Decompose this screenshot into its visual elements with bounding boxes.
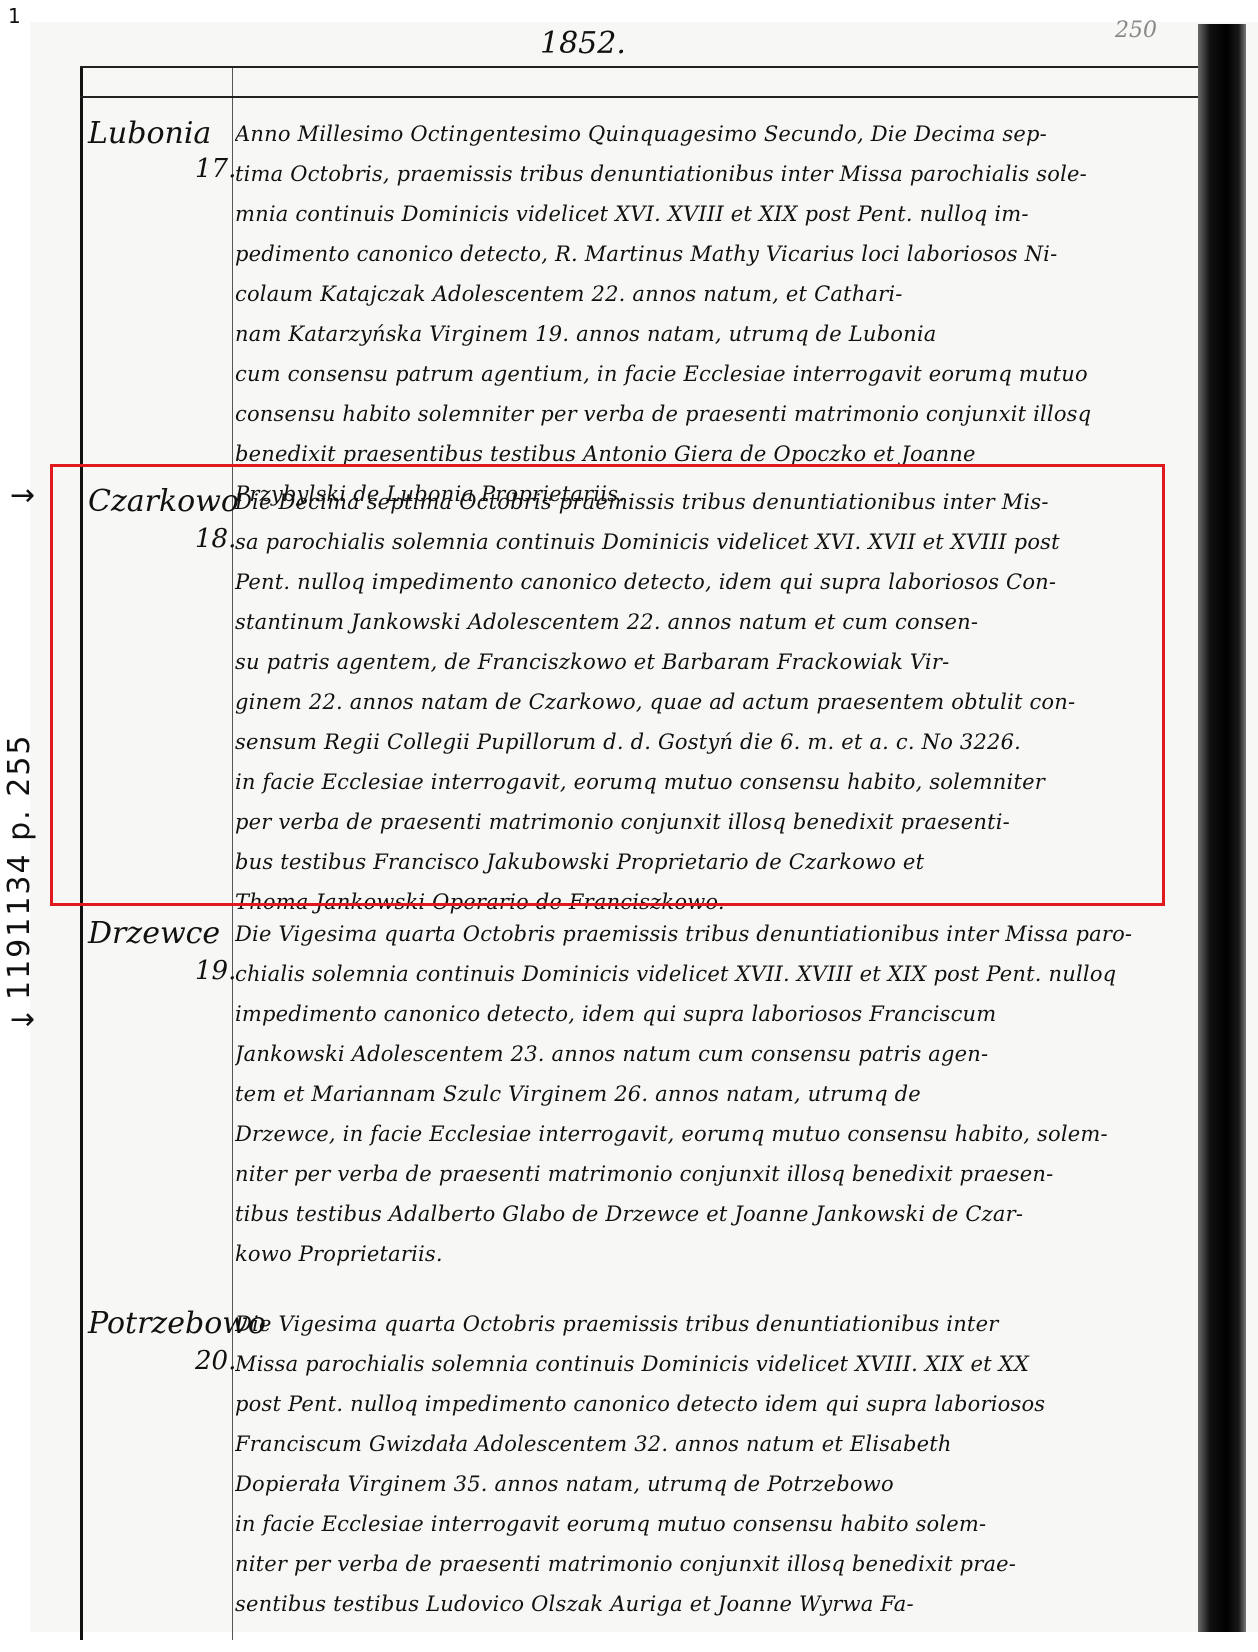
entry-line: Drzewce, in facie Ecclesiae interrogavit… [235,1114,1185,1154]
entry-line: Die Vigesima quarta Octobris praemissis … [235,914,1185,954]
entry-line: tibus testibus Adalberto Glabo de Drzewc… [235,1194,1185,1234]
entry-number: 20. [195,1346,236,1376]
entry-line: post Pent. nulloq impedimento canonico d… [235,1384,1185,1424]
entry-line: ginem 22. annos natam de Czarkowo, quae … [235,682,1185,722]
archive-reference-annotation: 1191134 p. 255 [2,733,37,1000]
entry-line: per verba de praesenti matrimonio conjun… [235,802,1185,842]
entry-line: cum consensu patrum agentium, in facie E… [235,354,1185,394]
entry-line: Die Vigesima quarta Octobris praemissis … [235,1304,1185,1344]
entry-number: 19. [195,956,236,986]
entry-text: Die Decima septima Octobris praemissis t… [235,482,1185,922]
entry-line: bus testibus Francisco Jakubowski Propri… [235,842,1185,882]
entry-line: Jankowski Adolescentem 23. annos natum c… [235,1034,1185,1074]
margin-arrow-icon: → [10,1002,35,1037]
left-margin-rule [80,68,83,1640]
entry-line: mnia continuis Dominicis videlicet XVI. … [235,194,1185,234]
entry-line: su patris agentem, de Franciszkowo et Ba… [235,642,1185,682]
entry-line: colaum Katajczak Adolescentem 22. annos … [235,274,1185,314]
entry-line: chialis solemnia continuis Dominicis vid… [235,954,1185,994]
entry-number: 18. [195,524,236,554]
entry-line: Pent. nulloq impedimento canonico detect… [235,562,1185,602]
entry-line: kowo Proprietariis. [235,1234,1185,1274]
entry-line: in facie Ecclesiae interrogavit eorumq m… [235,1504,1185,1544]
entry-text: Die Vigesima quarta Octobris praemissis … [235,914,1185,1274]
column-divider-rule [232,68,233,1640]
entry-line: stantinum Jankowski Adolescentem 22. ann… [235,602,1185,642]
entry-line: in facie Ecclesiae interrogavit, eorumq … [235,762,1185,802]
entry-line: Anno Millesimo Octingentesimo Quinquages… [235,114,1185,154]
entry-line: tima Octobris, praemissis tribus denunti… [235,154,1185,194]
entry-line: Dopierała Virginem 35. annos natam, utru… [235,1464,1185,1504]
entry-line: niter per verba de praesenti matrimonio … [235,1154,1185,1194]
entry-line: Franciscum Gwizdała Adolescentem 32. ann… [235,1424,1185,1464]
entry-text: Anno Millesimo Octingentesimo Quinquages… [235,114,1185,514]
entry-place: Lubonia [88,116,211,151]
entry-line: Die Decima septima Octobris praemissis t… [235,482,1185,522]
entry-line: sa parochialis solemnia continuis Domini… [235,522,1185,562]
entry-number: 17. [195,154,236,184]
entry-line: sentibus testibus Ludovico Olszak Auriga… [235,1584,1185,1624]
entry-line: pedimento canonico detecto, R. Martinus … [235,234,1185,274]
corner-page-mark: 1 [8,4,21,28]
entry-place: Drzewce [88,916,220,951]
entry-line: sensum Regii Collegii Pupillorum d. d. G… [235,722,1185,762]
entry-line: tem et Mariannam Szulc Virginem 26. anno… [235,1074,1185,1114]
margin-arrow-icon: → [10,478,35,513]
header-rule [80,66,1198,68]
book-binding-edge [1198,24,1246,1632]
entry-line: impedimento canonico detecto, idem qui s… [235,994,1185,1034]
entry-line: nam Katarzyńska Virginem 19. annos natam… [235,314,1185,354]
register-year: 1852. [540,26,626,61]
header-double-rule [80,96,1198,98]
entry-text: Die Vigesima quarta Octobris praemissis … [235,1304,1185,1624]
folio-number: 250 [1115,18,1157,43]
entry-line: niter per verba de praesenti matrimonio … [235,1544,1185,1584]
entry-line: benedixit praesentibus testibus Antonio … [235,434,1185,474]
entry-line: consensu habito solemniter per verba de … [235,394,1185,434]
entry-line: Missa parochialis solemnia continuis Dom… [235,1344,1185,1384]
entry-place: Czarkowo [88,484,239,519]
